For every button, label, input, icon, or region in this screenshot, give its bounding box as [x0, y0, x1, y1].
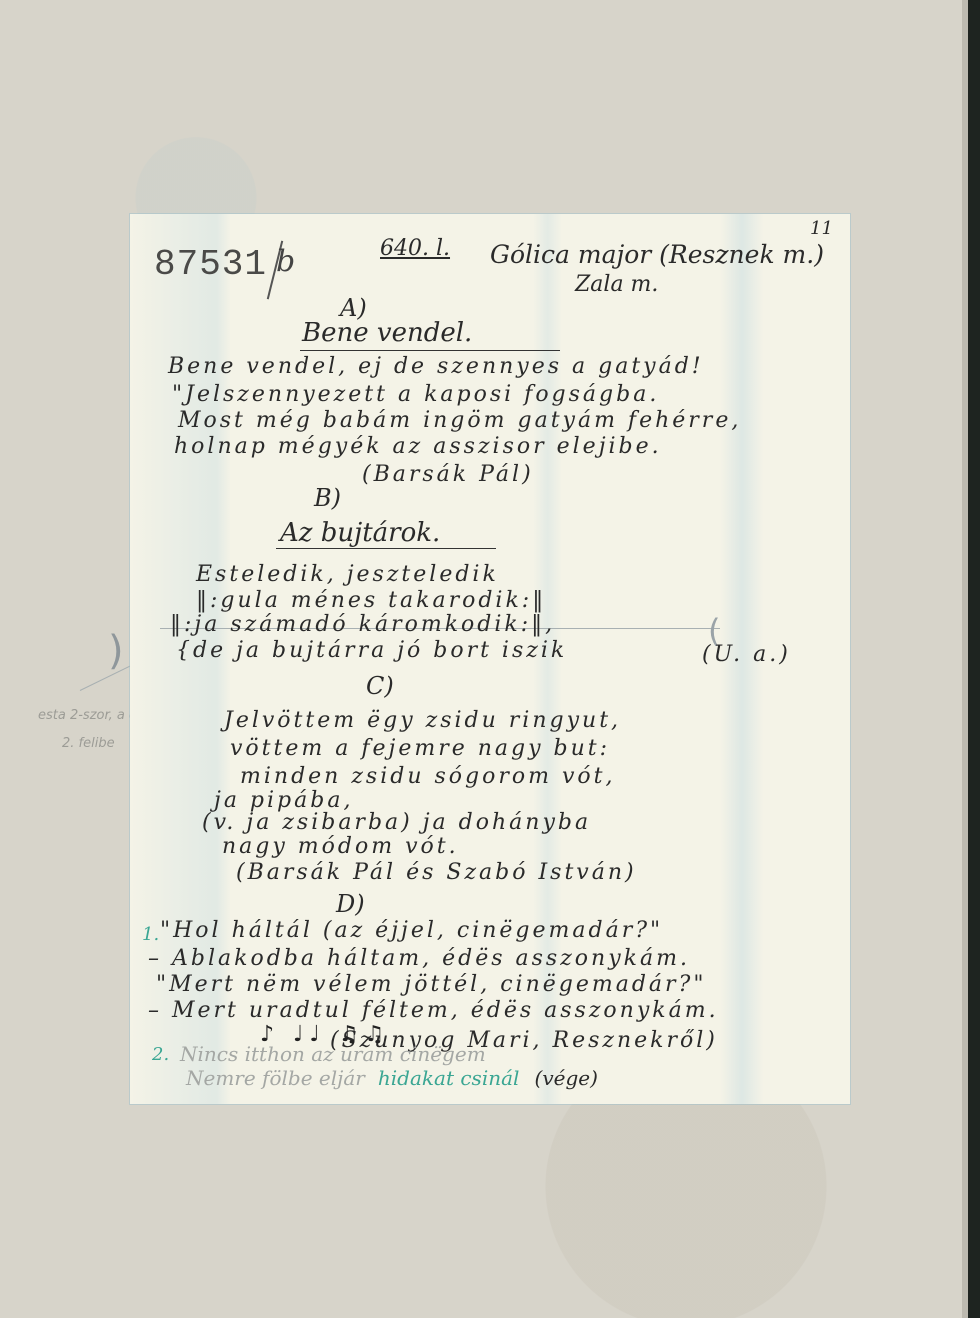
section-a-attribution: (Barsák Pál) [362, 462, 534, 487]
section-d-label: D) [336, 890, 365, 918]
verse-2-marker: 2. [152, 1044, 169, 1065]
section-b-attribution: (U. a.) [702, 642, 791, 667]
margin-note-line-2: 2. felibe [62, 736, 115, 751]
inventory-stamp-suffix: b [276, 244, 295, 279]
section-d-line-2: – Ablakodba háltam, édës asszonykám. [148, 946, 690, 971]
verse-2-line-2-teal: hidakat csinál [378, 1066, 520, 1090]
section-d-line-4: – Mert uradtul féltem, édës asszonykám. [148, 998, 719, 1023]
verse-2-line-1: Nincs itthon az uram cinëgem [180, 1042, 486, 1066]
section-c-line-3: minden zsidu sógorom vót, [240, 764, 615, 789]
section-a-line-2: "Jelszennyezett a kaposi fogságba. [172, 382, 659, 407]
section-b-line-4: {de ja bujtárra jó bort iszik [176, 638, 567, 663]
section-b-title: Az bujtárok. [280, 518, 440, 548]
manuscript-sheet: 87531 b 640. l. Gólica major (Resznek m.… [130, 214, 850, 1104]
section-a-title: Bene vendel. [302, 318, 472, 348]
section-b-label: B) [314, 484, 341, 512]
margin-bracket-icon: ) [108, 628, 124, 674]
section-b-line-3: ‖:ja számadó káromkodik:‖, [170, 612, 555, 637]
section-d-line-3: "Mert nëm vélem jöttél, cinëgemadár?" [156, 972, 706, 997]
section-d-line-1: "Hol háltál (az éjjel, cinëgemadár?" [160, 918, 663, 943]
verse-1-marker: 1. [142, 924, 159, 945]
section-a-title-underline [300, 350, 560, 351]
section-b-line-2: ‖:gula ménes takarodik:‖ [196, 588, 546, 613]
section-a-line-4: holnap mégyék az asszisor elejibe. [174, 434, 662, 459]
section-b-title-underline [276, 548, 496, 549]
inventory-stamp: 87531 [154, 244, 267, 285]
section-a-line-1: Bene vendel, ej de szennyes a gatyád! [168, 354, 704, 379]
section-a-line-3: Most még babám ingöm gatyám fehérre, [178, 408, 741, 433]
page-number: 11 [810, 218, 833, 239]
section-c-line-6: nagy módom vót. [222, 834, 459, 859]
collection-place: Gólica major (Resznek m.) [490, 240, 824, 269]
binding-edge [968, 0, 980, 1318]
section-b-line-1: Esteledik, jeszteledik [196, 562, 499, 587]
verse-2-line-2-pencil: Nemre fölbe eljár [186, 1066, 365, 1090]
section-c-line-1: Jelvöttem ëgy zsidu ringyut, [224, 708, 621, 733]
catalog-reference: 640. l. [380, 236, 450, 261]
county: Zala m. [575, 272, 658, 297]
section-c-label: C) [366, 672, 394, 700]
section-c-line-2: vöttem a fejemre nagy but: [230, 736, 610, 761]
section-c-attribution: (Barsák Pál és Szabó István) [236, 860, 637, 885]
ending-note: (vége) [535, 1066, 598, 1090]
verse-2-line-2: Nemre fölbe eljár hidakat csinál (vége) [186, 1066, 598, 1090]
section-c-line-5: (v. ja zsibarba) ja dohányba [202, 810, 591, 835]
